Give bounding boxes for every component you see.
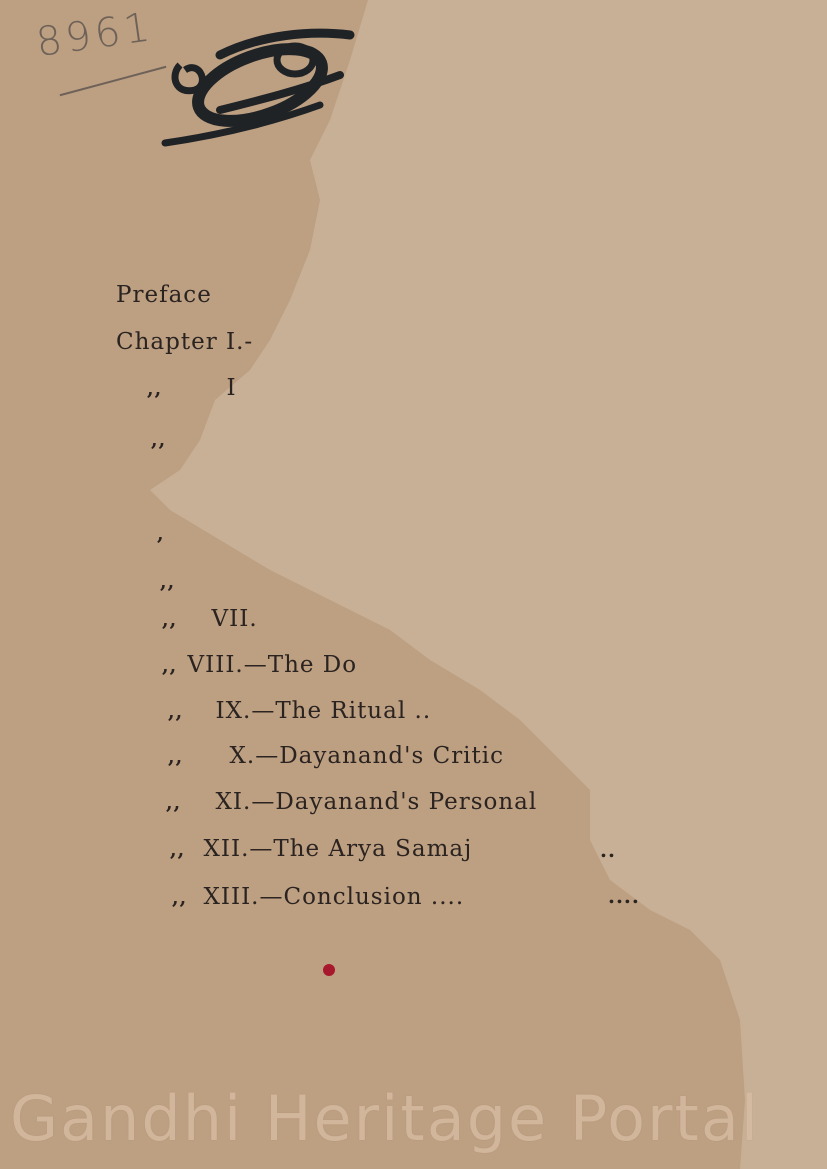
ditto-mark: ,, [168, 746, 183, 768]
ditto-mark: ,, [170, 839, 185, 861]
ditto-mark: ,, [151, 429, 166, 451]
toc-entry-chapter-6: ,, [160, 568, 175, 594]
toc-label: XII.—The Arya Samaj [204, 836, 473, 862]
toc-entry-chapter-1: Chapter I.- [116, 329, 253, 355]
toc-label: X.—Dayanand's Critic [230, 743, 504, 769]
toc-entry-chapter-3: ,, [151, 426, 166, 452]
dot-leader: .... [608, 884, 640, 908]
ditto-mark: ,, [172, 887, 187, 909]
ditto-mark: ,, [160, 571, 175, 593]
toc-label: VII. [212, 606, 258, 632]
ditto-mark: ,, [162, 609, 177, 631]
ditto-mark: ,, [162, 655, 177, 677]
watermark: Gandhi Heritage Portal [10, 1082, 820, 1155]
dot-leader: .. [600, 838, 616, 862]
ditto-mark: ,, [168, 701, 183, 723]
toc-label: XI.—Dayanand's Personal [216, 789, 538, 815]
toc-label: Preface [116, 282, 212, 308]
ditto-mark: ,, [147, 378, 162, 400]
toc-entry-chapter-7: ,, VII. [162, 606, 258, 632]
toc-entry-chapter-11: ,, XI.—Dayanand's Personal [166, 789, 537, 815]
toc-entry-chapter-5: , [157, 520, 165, 546]
toc-entry-chapter-10: ,, X.—Dayanand's Critic [168, 743, 504, 769]
toc-entry-chapter-12: ,, XII.—The Arya Samaj [170, 836, 472, 862]
toc-label: Chapter I.- [116, 329, 253, 355]
toc-label: XIII.—Conclusion .... [204, 884, 465, 910]
toc-entry-chapter-8: ,, VIII.—The Do [162, 652, 357, 678]
toc-entry-chapter-9: ,, IX.—The Ritual .. [168, 698, 431, 724]
scanned-page: 8961 Preface Chapter I.- ,, I ,, , ,, ,,… [0, 0, 827, 1169]
marker-scribble-icon [160, 15, 370, 155]
ditto-mark: , [157, 523, 165, 545]
toc-entry-chapter-13: ,, XIII.—Conclusion .... [172, 884, 464, 910]
torn-paper-overlay [0, 0, 827, 1169]
toc-label: VIII.—The Do [188, 652, 358, 678]
ditto-mark: ,, [166, 792, 181, 814]
toc-entry-preface: Preface [116, 282, 212, 308]
toc-label: I [227, 375, 237, 401]
toc-label: IX.—The Ritual .. [216, 698, 432, 724]
toc-entry-chapter-2: ,, I [147, 375, 237, 401]
red-ink-spot [323, 964, 335, 976]
